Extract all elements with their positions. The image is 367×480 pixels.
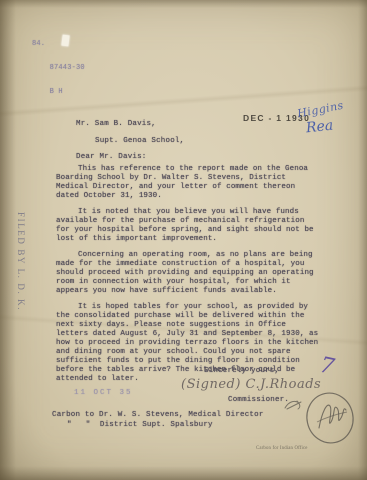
file-number-line3: B H <box>50 88 63 96</box>
carbon-copy-line1: Carbon to Dr. W. S. Stevens, Medical Dir… <box>52 411 264 420</box>
paragraph-2: It is noted that you believe you will ha… <box>56 208 322 244</box>
paragraph-1: This has reference to the report made on… <box>56 165 322 201</box>
filing-date-stamp: 11 OCT 35 <box>74 389 133 398</box>
signature-title: Commissioner. <box>228 396 289 405</box>
paper-edge-shading-left <box>0 0 16 480</box>
paragraph-4: It is hoped tables for your school, as p… <box>56 303 322 384</box>
whiteout-patch <box>61 35 69 47</box>
paper-edge-shading-top <box>0 0 367 8</box>
signature-stamp: (Signed) C.J.Rhoads <box>181 377 321 392</box>
printed-footer: Carbon for Indian Office <box>256 446 308 451</box>
file-number-line1: 84. <box>32 40 45 48</box>
paragraph-3: Concerning an operating room, as no plan… <box>56 251 322 296</box>
filed-by-vertical-stamp: FILED BY L. D. K. <box>16 212 26 311</box>
carbon-copy-line2: " " District Supt. Spalsbury <box>67 421 213 430</box>
pencil-checkmark-scribble <box>283 398 305 412</box>
handwritten-annotation-name: Higgins <box>296 99 345 121</box>
paper-edge-shading-bottom <box>0 466 367 480</box>
circled-initials-scribble <box>303 388 359 446</box>
letter-body: This has reference to the report made on… <box>56 165 322 391</box>
file-number-block: 84. 87443-30 B H <box>32 38 85 110</box>
salutation: Dear Mr. Davis: <box>76 153 147 162</box>
scanned-letter-page: 84. 87443-30 B H DEC - 1 1930 Higgins Re… <box>0 0 367 480</box>
handwritten-annotation-initials: Rea <box>305 118 334 137</box>
paper-edge-shading-right <box>358 0 367 480</box>
closing-line: Sincerely yours, <box>204 367 279 376</box>
recipient-title: Supt. Genoa School, <box>95 137 184 146</box>
file-number-line2: 87443-30 <box>50 64 85 72</box>
recipient-name: Mr. Sam B. Davis, <box>76 120 156 129</box>
